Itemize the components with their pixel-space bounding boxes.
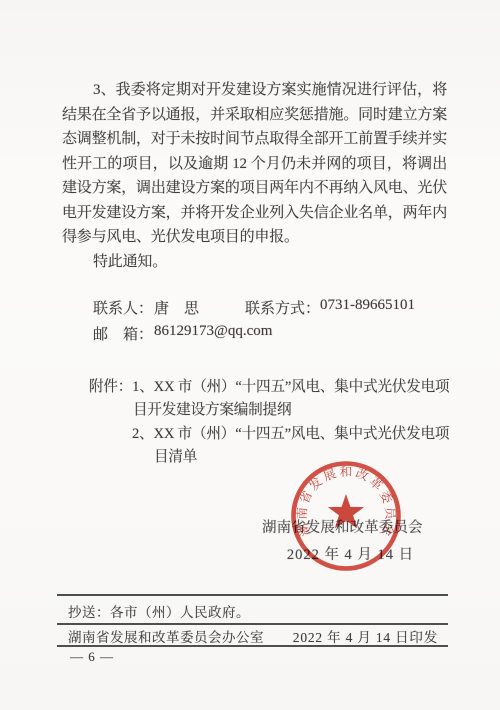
footer-divider (57, 623, 448, 625)
red-star-icon (328, 494, 364, 528)
contact-person-name: 唐 思 (154, 297, 199, 318)
contact-row-person: 联系人： 唐 思 联系方式： 0731-89665101 (62, 297, 447, 323)
footer-print-date: 2022 年 4 月 14 日印发 (293, 626, 438, 646)
attachment-line: 目清单 (154, 445, 197, 466)
body-line: 态调整机制，对于未按时间节点取得全部开工前置手续并实质 (62, 127, 447, 152)
attachment-line: 目开发建设方案编制提纲 (133, 398, 291, 419)
contact-email-label: 邮 箱： (93, 323, 153, 344)
body-paragraph: 3、我委将定期对开发建设方案实施情况进行评估，将评估 结果在全省予以通报，并采取… (62, 78, 447, 274)
closing-line: 特此通知。 (62, 250, 447, 275)
contact-row-email: 邮 箱： 86129173@qq.com (62, 323, 447, 349)
official-seal: 湖南省发展和改革委员会 (289, 459, 403, 573)
body-line: 建设方案，调出建设方案的项目两年内不再纳入风电、光伏发 (62, 176, 447, 201)
body-line: 性开工的项目，以及逾期 12 个月仍未并网的项目，将调出开发 (62, 152, 447, 177)
attachment-line: 2、XX 市（州）“十四五”风电、集中式光伏发电项 (132, 422, 449, 443)
contact-phone-label: 联系方式： (245, 297, 320, 318)
contact-person-label: 联系人： (93, 297, 153, 318)
footer-divider (57, 594, 448, 596)
contact-email-address: 86129173@qq.com (154, 323, 272, 340)
body-line: 电开发建设方案，并将开发企业列入失信企业名单，两年内不 (62, 201, 447, 226)
contact-phone-number: 0731-89665101 (320, 297, 415, 314)
footer-cc-line: 抄送：各市（州）人民政府。 (68, 601, 250, 621)
footer-issuer: 湖南省发展和改革委员会办公室 (68, 626, 264, 646)
document-page: 3、我委将定期对开发建设方案实施情况进行评估，将评估 结果在全省予以通报，并采取… (0, 0, 500, 710)
page-number: — 6 — (70, 649, 114, 665)
footer-divider (57, 645, 448, 647)
body-line: 3、我委将定期对开发建设方案实施情况进行评估，将评估 (62, 78, 447, 103)
body-line: 结果在全省予以通报，并采取相应奖惩措施。同时建立方案动 (62, 103, 447, 128)
body-line: 得参与风电、光伏发电项目的申报。 (62, 225, 447, 250)
attachment-line: 附件：1、XX 市（州）“十四五”风电、集中式光伏发电项 (89, 375, 449, 396)
contact-block: 联系人： 唐 思 联系方式： 0731-89665101 邮 箱： 861291… (62, 297, 447, 349)
